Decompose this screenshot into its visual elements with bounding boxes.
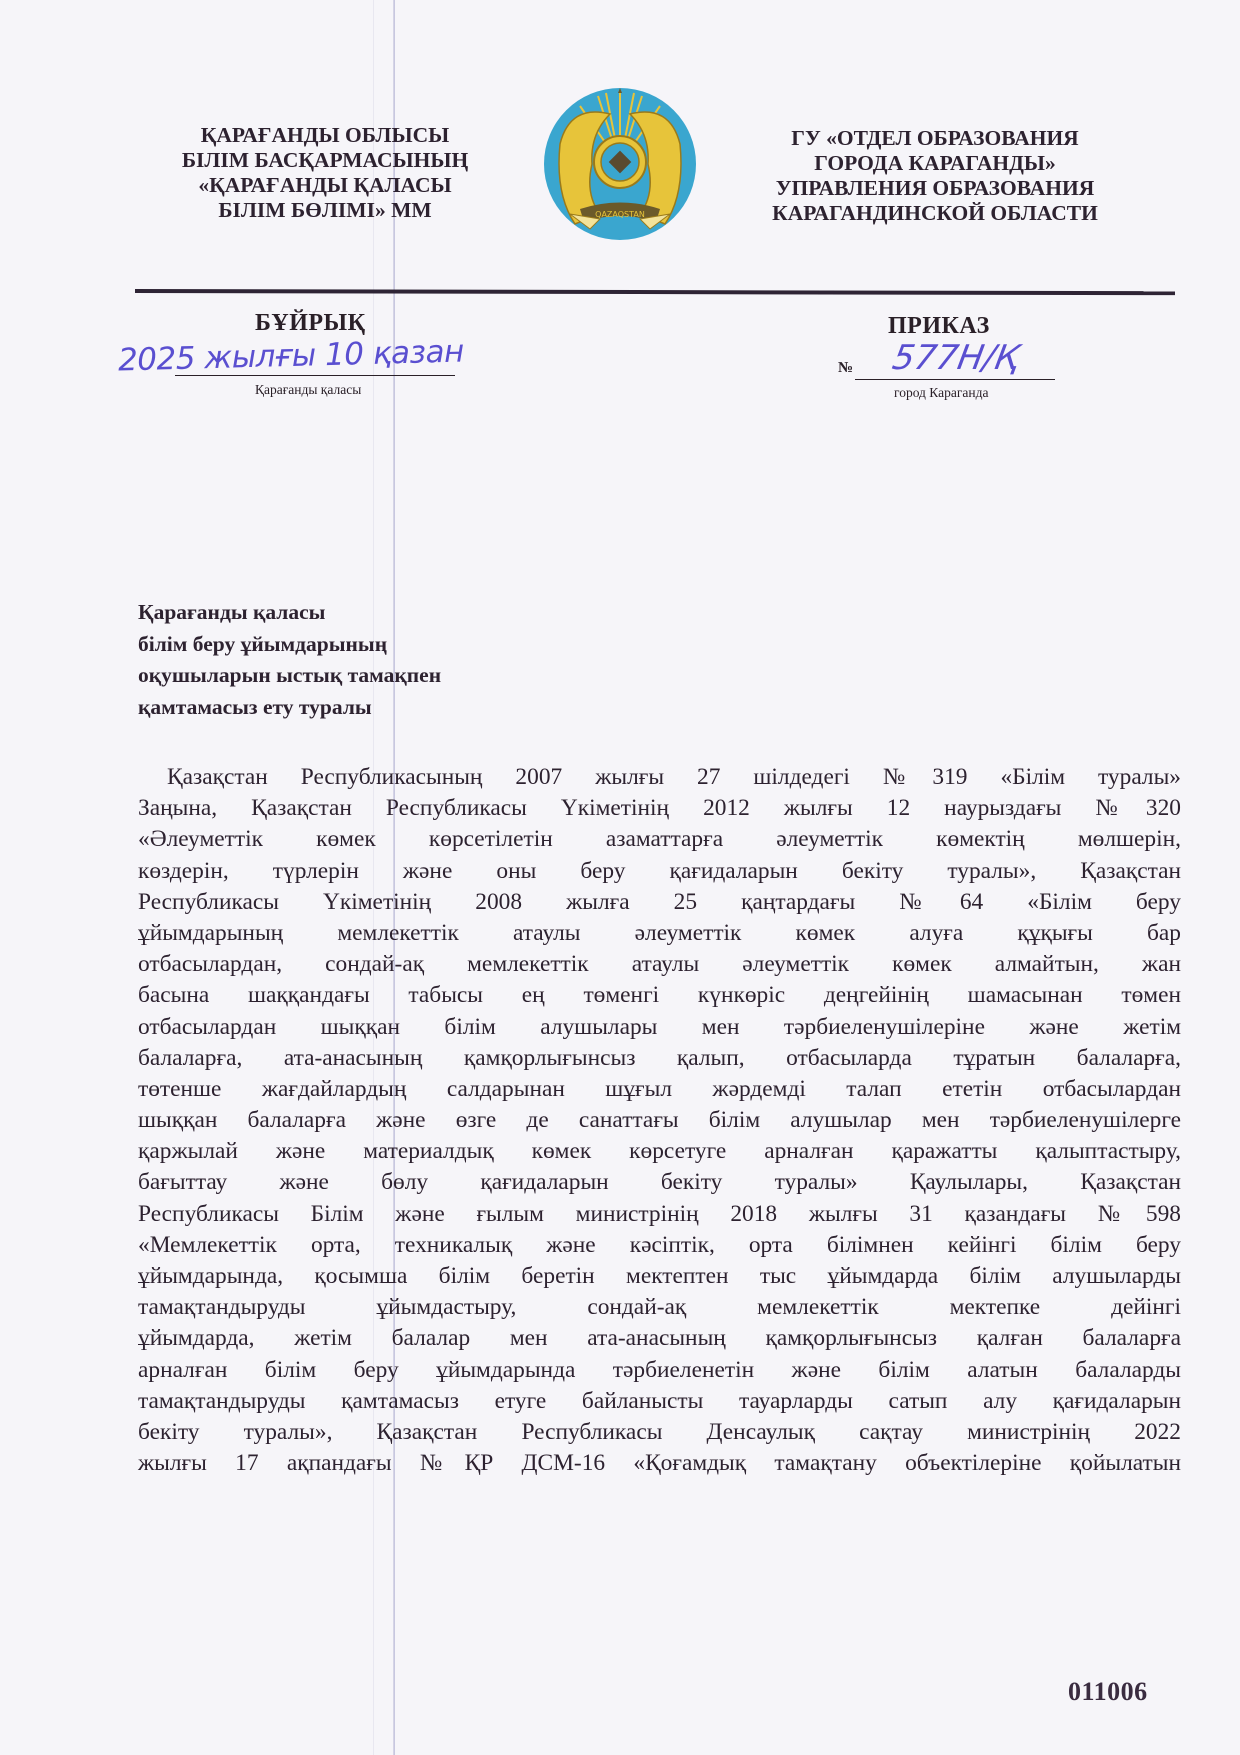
body-line: бекіту туралы», Қазақстан Республикасы Д… bbox=[138, 1417, 1181, 1448]
order-body: Қазақстан Республикасының 2007 жылғы 27 … bbox=[138, 762, 1181, 1479]
body-line: ұйымдарында, қосымша білім беретін мекте… bbox=[138, 1261, 1181, 1292]
org-name-kz-line: «ҚАРАҒАНДЫ ҚАЛАСЫ bbox=[150, 173, 500, 198]
body-line: Заңына, Қазақстан Республикасы Үкіметіні… bbox=[138, 793, 1181, 824]
body-line: жылғы 17 ақпандағы №ҚР ДСМ-16 «Қоғамдық … bbox=[138, 1448, 1181, 1479]
svg-text:QAZAQSTAN: QAZAQSTAN bbox=[595, 210, 645, 219]
order-date-handwritten: 2025 жылғы 10 қазан bbox=[118, 333, 465, 378]
body-line: Республикасы Білім және ғылым министріні… bbox=[138, 1199, 1181, 1230]
body-line: «Әлеуметтік көмек көрсетілетін азаматтар… bbox=[138, 824, 1181, 855]
body-line: бағыттау және бөлу қағидаларын бекіту ту… bbox=[138, 1167, 1181, 1198]
org-name-ru: ГУ «ОТДЕЛ ОБРАЗОВАНИЯ ГОРОДА КАРАГАНДЫ» … bbox=[740, 126, 1130, 226]
city-ru: город Караганда bbox=[894, 385, 988, 401]
body-line: шыққан балаларға және өзге де санаттағы … bbox=[138, 1105, 1181, 1136]
body-line: тамақтандыруды ұйымдастыру, сондай-ақ ме… bbox=[138, 1292, 1181, 1323]
body-line: қаржылай және материалдық көмек көрсетуг… bbox=[138, 1136, 1181, 1167]
org-name-kz-line: БІЛІМ БӨЛІМІ» ММ bbox=[150, 198, 500, 223]
org-name-kz: ҚАРАҒАНДЫ ОБЛЫСЫ БІЛІМ БАСҚАРМАСЫНЫҢ «ҚА… bbox=[150, 123, 500, 223]
body-line: Республикасы Үкіметінің 2008 жылға 25 қа… bbox=[138, 887, 1181, 918]
number-underline bbox=[855, 379, 1055, 380]
order-title-ru: ПРИКАЗ bbox=[888, 313, 990, 340]
body-line: Қазақстан Республикасының 2007 жылғы 27 … bbox=[138, 762, 1181, 793]
body-line: төтенше жағдайлардың салдарынан шұғыл жә… bbox=[138, 1074, 1181, 1105]
body-line: балаларға, ата-анасының қамқорлығынсыз қ… bbox=[138, 1043, 1181, 1074]
org-name-ru-line: ГОРОДА КАРАГАНДЫ» bbox=[740, 151, 1130, 176]
body-line: арналған білім беру ұйымдарында тәрбиеле… bbox=[138, 1355, 1181, 1386]
kazakhstan-emblem-icon: QAZAQSTAN bbox=[540, 84, 700, 244]
body-line: ұйымдарының мемлекеттік атаулы әлеуметті… bbox=[138, 918, 1181, 949]
header-divider bbox=[135, 289, 1175, 295]
page-serial-number: 011006 bbox=[1068, 1677, 1148, 1707]
body-line: «Мемлекеттік орта, техникалық және кәсіп… bbox=[138, 1230, 1181, 1261]
org-name-ru-line: ГУ «ОТДЕЛ ОБРАЗОВАНИЯ bbox=[740, 126, 1130, 151]
number-sign: № bbox=[838, 360, 853, 377]
order-title-kz: БҰЙРЫҚ bbox=[255, 310, 366, 337]
subject-line: білім беру ұйымдарының bbox=[138, 629, 441, 661]
body-line: ұйымдарда, жетім балалар мен ата-анасыны… bbox=[138, 1323, 1181, 1354]
subject-line: Қарағанды қаласы bbox=[138, 597, 441, 629]
body-line: басына шаққандағы табысы ең төменгі күнк… bbox=[138, 980, 1181, 1011]
body-line: отбасылардан, сондай-ақ мемлекеттік атау… bbox=[138, 949, 1181, 980]
order-subject: Қарағанды қаласы білім беру ұйымдарының … bbox=[138, 597, 441, 723]
org-name-ru-line: КАРАГАНДИНСКОЙ ОБЛАСТИ bbox=[740, 201, 1130, 226]
org-name-kz-line: БІЛІМ БАСҚАРМАСЫНЫҢ bbox=[150, 148, 500, 173]
body-line: отбасылардан шыққан білім алушылары мен … bbox=[138, 1012, 1181, 1043]
subject-line: қамтамасыз ету туралы bbox=[138, 692, 441, 724]
city-kz: Қарағанды қаласы bbox=[255, 382, 361, 398]
org-name-ru-line: УПРАВЛЕНИЯ ОБРАЗОВАНИЯ bbox=[740, 176, 1130, 201]
order-number-handwritten: 577Н/Қ bbox=[889, 338, 1022, 378]
body-line: тамақтандыруды қамтамасыз етуге байланыс… bbox=[138, 1386, 1181, 1417]
org-name-kz-line: ҚАРАҒАНДЫ ОБЛЫСЫ bbox=[150, 123, 500, 148]
subject-line: оқушыларын ыстық тамақпен bbox=[138, 660, 441, 692]
body-line: көздерін, түрлерін және оны беру қағидал… bbox=[138, 856, 1181, 887]
